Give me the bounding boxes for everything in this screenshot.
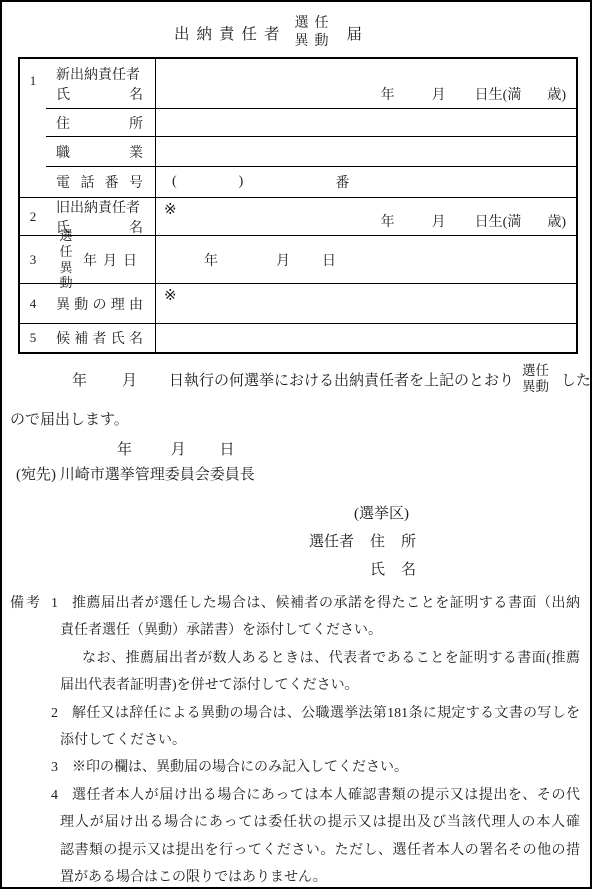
field-old-manager-name: ※ 年 月 日生(満 歳) xyxy=(156,198,576,235)
remark-number: 1 xyxy=(51,590,58,617)
form-title-stack-top: 選任 xyxy=(295,15,335,33)
appointer-address-row: 選任者 住所 xyxy=(309,530,416,551)
paren-close: ) xyxy=(239,174,244,190)
statement-line2: ので届出します。 xyxy=(10,408,129,429)
remark-line: 添付してください。 xyxy=(60,727,592,754)
statement-year: 年 xyxy=(72,369,87,390)
form-title-stack-bottom: 異動 xyxy=(295,33,335,51)
remark-number: 2 xyxy=(51,700,58,727)
label-text: 電話番号 xyxy=(56,172,143,192)
appointer-label: 選任者 xyxy=(309,530,354,551)
appointer-name-row: 氏名 xyxy=(370,558,416,579)
asterisk-mark: ※ xyxy=(164,286,177,305)
paren-open: ( xyxy=(172,174,177,190)
label-text: 新出納責任者 xyxy=(56,64,143,84)
row-number: 1 xyxy=(20,59,46,197)
remark-line: 2 解任又は辞任による異動の場合は、公職選挙法第181条に規定する文書の写しを xyxy=(72,700,580,727)
form-document: 出納責任者 選任 異動 届 1 新出納責任者 氏名 年 月 xyxy=(0,0,592,889)
table-row-change-reason: 4 異動の理由 ※ xyxy=(20,283,576,323)
label-text: 氏名 xyxy=(56,84,143,104)
table-row-appointment-date: 3 選任 異動 年月日 年 月 日 xyxy=(20,235,576,283)
table-row-new-manager: 1 新出納責任者 氏名 年 月 日生(満 歳) xyxy=(20,59,576,197)
form-title-stack: 選任 異動 xyxy=(295,15,335,51)
label-text: 旧出納責任者 xyxy=(56,197,143,217)
field-address xyxy=(156,109,576,136)
label-address: 住所 xyxy=(46,109,156,136)
form-title-main: 出納責任者 xyxy=(174,22,287,44)
label-text: 異動の理由 xyxy=(56,294,143,314)
remark-line: 3 ※印の欄は、異動届の場合にのみ記入してください。 xyxy=(72,754,592,781)
remark-line: なお、推薦届出者が数人あるときは、代表者であることを証明する書面(推薦 xyxy=(82,645,580,672)
name-label: 氏名 xyxy=(370,558,416,579)
label-phone: 電話番号 xyxy=(46,167,156,197)
label-candidate-name: 候補者氏名 xyxy=(46,324,156,352)
asterisk-mark: ※ xyxy=(164,200,177,219)
row-number: 4 xyxy=(20,284,46,323)
statement-suffix: した xyxy=(561,369,591,390)
row-number: 2 xyxy=(20,198,46,235)
remarks-section: 備考 1 推薦届出者が選任した場合は、候補者の承諾を得たことを証明する書面（出納… xyxy=(2,590,592,889)
birth-date-template: 年 月 日生(満 歳) xyxy=(381,211,566,231)
remark-line: 認書類の提示又は提出を行ってください。ただし、選任者本人の署名その他の措 xyxy=(60,837,580,864)
label-new-manager-name: 新出納責任者 氏名 xyxy=(46,59,156,108)
field-change-reason: ※ xyxy=(156,284,576,323)
field-occupation xyxy=(156,137,576,166)
row-number: 3 xyxy=(20,236,46,283)
statement-line1: 年 月 日執行の何選挙における出納責任者を上記のとおり 選任 異動 した xyxy=(2,362,591,396)
label-text: 職業 xyxy=(56,142,143,162)
remark-number: 3 xyxy=(51,754,58,781)
table-row-candidate-name: 5 候補者氏名 xyxy=(20,323,576,352)
subrow-phone: 電話番号 ( ) 番 xyxy=(46,167,576,197)
label-change-reason: 異動の理由 xyxy=(46,284,156,323)
field-new-manager-name: 年 月 日生(満 歳) xyxy=(156,59,576,108)
birth-date-template: 年 月 日生(満 歳) xyxy=(381,84,566,104)
row-number: 5 xyxy=(20,324,46,352)
remark-line: 4 選任者本人が届け出る場合にあっては本人確認書類の提示又は提出を、その代 xyxy=(72,782,580,809)
remarks-heading: 備考 xyxy=(10,590,42,617)
subrow-name: 新出納責任者 氏名 年 月 日生(満 歳) xyxy=(46,59,576,109)
subrow-occupation: 職業 xyxy=(46,137,576,167)
remark-line: 届出代表者証明書)を併せて添付してください。 xyxy=(60,672,592,699)
statement-stack: 選任 異動 xyxy=(522,363,549,395)
label-text: 住所 xyxy=(56,113,143,133)
ban-suffix: 番 xyxy=(335,172,349,192)
addressee-line: (宛先) 川崎市選挙管理委員会委員長 xyxy=(16,463,255,484)
address-label: 住所 xyxy=(370,530,416,551)
subrow-address: 住所 xyxy=(46,109,576,137)
statement-date: 年 月 日 xyxy=(117,438,235,459)
label-stack: 選任 異動 xyxy=(56,228,77,290)
remark-line: 責任者選任（異動）承諾書）を添付してください。 xyxy=(60,617,592,644)
form-table: 1 新出納責任者 氏名 年 月 日生(満 歳) xyxy=(18,57,578,354)
remark-number: 4 xyxy=(51,782,58,809)
label-text: 候補者氏名 xyxy=(56,328,143,348)
remark-line: 置がある場合はこの限りではありません。 xyxy=(60,864,592,889)
label-occupation: 職業 xyxy=(46,137,156,166)
statement-body: 日執行の何選挙における出納責任者を上記のとおり xyxy=(169,369,514,390)
form-title: 出納責任者 選任 異動 届 xyxy=(174,15,362,51)
remark-line: 備考 1 推薦届出者が選任した場合は、候補者の承諾を得たことを証明する書面（出納 xyxy=(72,590,580,617)
statement-month: 月 xyxy=(122,369,137,390)
field-appointment-date: 年 月 日 xyxy=(156,236,576,283)
electoral-district-label: (選挙区) xyxy=(354,502,409,523)
field-candidate-name xyxy=(156,324,576,352)
remark-line: 理人が届け出る場合にあっては委任状の提示又は提出及び当該代理人の本人確 xyxy=(60,809,580,836)
form-title-suffix: 届 xyxy=(347,22,363,44)
label-appointment-date: 選任 異動 年月日 xyxy=(46,236,156,283)
field-phone: ( ) 番 xyxy=(156,167,576,197)
table-row-old-manager: 2 旧出納責任者 氏名 ※ 年 月 日生(満 歳) xyxy=(20,197,576,235)
label-text: 年月日 xyxy=(83,250,143,270)
